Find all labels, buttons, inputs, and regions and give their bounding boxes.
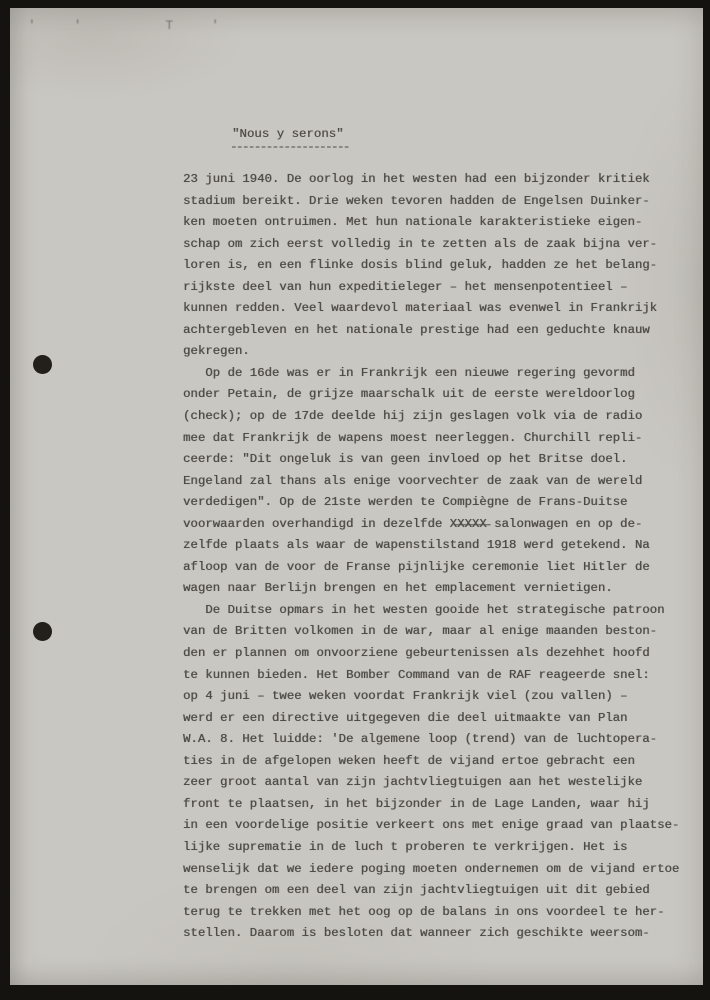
paper-sheet: '' T' "Nous y serons" ------------------… xyxy=(10,8,703,985)
punch-hole-bottom xyxy=(33,622,52,641)
punch-hole-top xyxy=(33,355,52,374)
title-underline: -------------------- xyxy=(230,141,349,153)
pencil-marginalia: '' T' xyxy=(28,18,257,33)
scanned-page: '' T' "Nous y serons" ------------------… xyxy=(0,0,710,1000)
document-title: "Nous y serons" xyxy=(232,127,344,141)
typewritten-body-text: 23 juni 1940. De oorlog in het westen ha… xyxy=(183,169,688,945)
